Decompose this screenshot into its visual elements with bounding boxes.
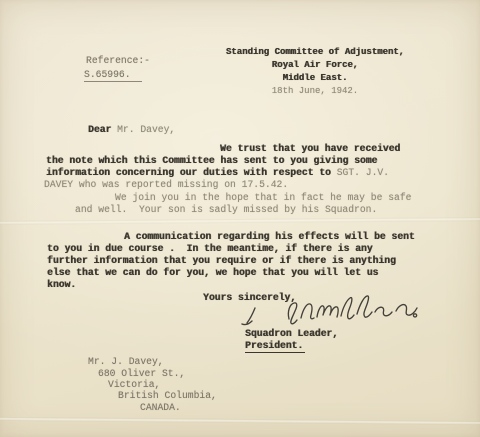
para3-line4: else that we can do for you, we hope tha… [47, 267, 378, 278]
para1-line4: DAVEY who was reported missing on 17.5.4… [44, 179, 288, 190]
recipient-street: 680 Oliver St., [98, 368, 185, 379]
para1-line2: the note which this Committee has sent t… [46, 155, 377, 166]
letter-paper: Reference:- S.65996. Standing Committee … [0, 0, 480, 437]
salutation: Dear Mr. Davey, [88, 124, 175, 135]
recipient-province: British Columbia, [118, 390, 217, 401]
salutation-name: Mr. Davey, [111, 124, 175, 135]
para3-line1: A communication regarding his effects wi… [124, 231, 415, 242]
paper-crease-bottom [0, 417, 480, 425]
signer-title-line1: Squadron Leader, [245, 328, 338, 339]
para1-line3-faded: SGT. J.V. [337, 167, 389, 178]
para3-line3: further information that you require or … [47, 255, 396, 266]
reference-label: Reference:- [86, 55, 150, 66]
org-name-line-2: Royal Air Force, [224, 59, 406, 72]
para1-line3: information concerning our duties with r… [46, 167, 389, 178]
para1-line1: We trust that you have received [220, 143, 400, 154]
para3-line5: know. [47, 279, 76, 290]
reference-number-wrap: S.65996. [84, 69, 142, 82]
letterhead: Standing Committee of Adjustment, Royal … [224, 46, 406, 98]
recipient-city: Victoria, [108, 379, 160, 390]
para3-line2: to you in due course . In the meantime, … [47, 243, 373, 254]
paper-crease-middle [0, 217, 480, 225]
salutation-dear: Dear [88, 124, 111, 135]
reference-number: S.65996. [84, 69, 142, 82]
letter-date: 18th June, 1942. [224, 85, 406, 98]
signer-title-line2: President. [245, 340, 305, 353]
para2-line1: We join you in the hope that in fact he … [115, 192, 412, 203]
org-name-line-3: Middle East. [224, 72, 406, 85]
recipient-country: CANADA. [140, 402, 181, 413]
org-name-line-1: Standing Committee of Adjustment, [224, 46, 406, 59]
recipient-name: Mr. J. Davey, [88, 356, 164, 367]
para1-line3-dark: information concerning our duties with r… [46, 167, 337, 178]
para2-line2: and well. Your son is sadly missed by hi… [75, 204, 377, 215]
signer-title-line2-wrap: President. [245, 340, 305, 353]
